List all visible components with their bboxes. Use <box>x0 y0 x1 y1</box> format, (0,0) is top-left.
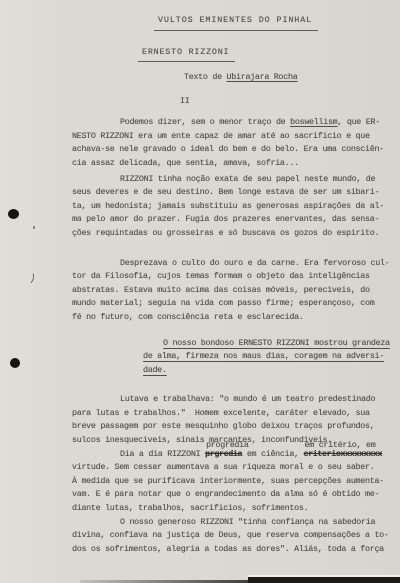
byline-prefix: Texto de <box>184 72 227 82</box>
paragraph-3: Desprezava o culto do ouro e da carne. E… <box>72 257 394 325</box>
paper-speck <box>33 226 35 229</box>
text-line: À medida que se purificava interiormente… <box>72 475 394 489</box>
text-line: seus deveres e de seu destino. Bem longe… <box>72 186 394 200</box>
pen-mark <box>24 270 36 285</box>
text-line: O nosso generoso RIZZONI "tinha confianç… <box>72 516 394 530</box>
hole-punch-bottom <box>10 358 20 368</box>
text-line: para lutas e trabalhos." Homem excelente… <box>72 407 394 421</box>
text-line: RIZZONI tinha noção exata de seu papel n… <box>72 173 394 187</box>
text-line: ma pelo amor do prazer. Fugia dos prazer… <box>72 213 394 227</box>
inserted-word-above: em critério, em <box>305 439 376 453</box>
page-title: VULTOS EMINENTES DO PINHAL <box>154 14 318 31</box>
text-run: , que ER- <box>337 117 380 127</box>
typewritten-document-page: VULTOS EMINENTES DO PINHAL ERNESTO RIZZO… <box>0 0 400 583</box>
underlined-text-line: dade. <box>143 364 167 378</box>
text-line-with-corrections: Dia a dia RIZZONI prgrediaprogredia em c… <box>72 448 394 462</box>
text-line: diante lutas, trabalhos, sacrificios, so… <box>72 502 394 516</box>
inserted-word-above: progredia <box>206 439 249 453</box>
text-run: Podemos dizer, sem o menor traço de <box>120 117 290 127</box>
text-line: Desprezava o culto do ouro e da carne. E… <box>72 257 394 271</box>
subject-heading: ERNESTO RIZZONI <box>138 46 235 63</box>
subject-row: ERNESTO RIZZONI <box>138 46 394 63</box>
text-run: Dia a dia RIZZONI <box>120 449 205 459</box>
text-line: fé no futuro, com consciência reta e esc… <box>72 311 394 325</box>
scan-edge-band <box>248 575 400 583</box>
paragraph-1: Podemos dizer, sem o menor traço de bosw… <box>72 116 394 170</box>
text-line: Lutava e trabalhava: "o mundo é um teatr… <box>72 393 394 407</box>
text-line: breve passagem por este mesquinho globo … <box>72 420 394 434</box>
text-line: tor da Filosofia, cujos temas formam o o… <box>72 270 394 284</box>
paragraph-2: RIZZONI tinha noção exata de seu papel n… <box>72 173 394 241</box>
hole-punch-top <box>8 209 19 219</box>
text-line: abstratas. Estava muito acima das coisas… <box>72 284 394 298</box>
text-line: cia assaz delicada, que sentia, amava, s… <box>72 157 394 171</box>
paragraph-6: Dia a dia RIZZONI prgrediaprogredia em c… <box>72 448 394 516</box>
byline-author: Ubirajara Rocha <box>227 72 298 82</box>
text-line: vam. E é para notar que o engrandeciment… <box>72 488 394 502</box>
text-line: virtude. Sem cessar aumentava a sua riqu… <box>72 461 394 475</box>
underlined-term-boswellism: boswellism <box>290 117 337 127</box>
text-line: dos os sofrimentos, alegria a todas as d… <box>72 543 394 557</box>
typed-correction: prgrediaprogredia <box>205 448 242 462</box>
text-line: ções requintadas ou grosseiras e só busc… <box>72 227 394 241</box>
text-line: Podemos dizer, sem o menor traço de bosw… <box>72 116 394 130</box>
underlined-text-line: O nosso bondoso ERNESTO RIZZONI mostrou … <box>143 337 390 351</box>
text-line: NESTO RIZZONI era um ente capaz de amar … <box>72 130 394 144</box>
text-line: divina, confiava na justiça de Deus, que… <box>72 529 394 543</box>
text-line: ta, um hedonista; jamais substituiu as g… <box>72 200 394 214</box>
paragraph-4-underlined: O nosso bondoso ERNESTO RIZZONI mostrou … <box>143 337 394 378</box>
section-number: II <box>180 95 394 107</box>
document-content: VULTOS EMINENTES DO PINHAL ERNESTO RIZZO… <box>72 14 394 556</box>
text-line: mundo material; seguia na vida com passo… <box>72 297 394 311</box>
title-row: VULTOS EMINENTES DO PINHAL <box>154 14 394 31</box>
text-run: em ciência, <box>242 449 303 459</box>
paragraph-7: O nosso generoso RIZZONI "tinha confianç… <box>72 516 394 557</box>
typed-correction: criterioxxxxxxxxxem critério, em <box>304 448 383 462</box>
text-line: achava-se nele gravado o ideal do bem e … <box>72 143 394 157</box>
byline: Texto de Ubirajara Rocha <box>184 71 394 83</box>
underlined-text-line: de alma, firmeza nos maus dias, coragem … <box>143 350 384 364</box>
